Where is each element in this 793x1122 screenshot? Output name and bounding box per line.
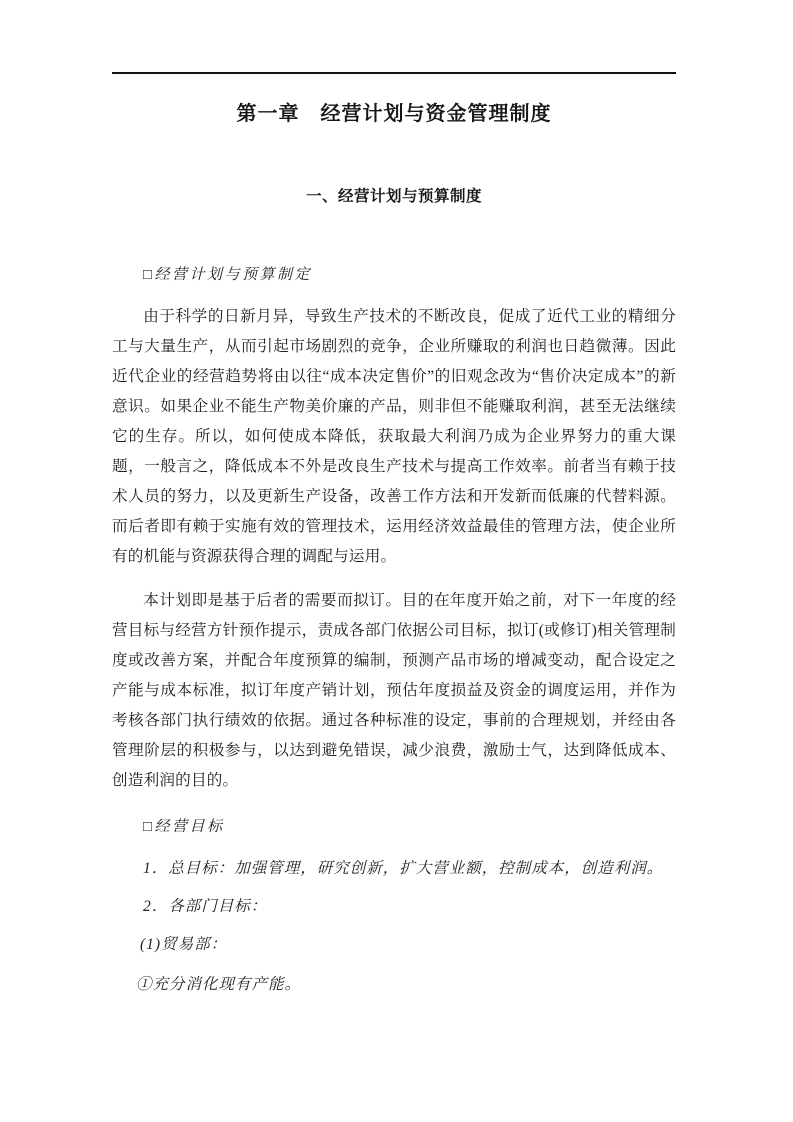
chapter-title: 第一章 经营计划与资金管理制度 <box>112 101 676 127</box>
goals-item-trade-department: (1)贸易部： <box>112 936 676 953</box>
header-rule <box>112 72 676 74</box>
page-content: 第一章 经营计划与资金管理制度 一、经营计划与预算制度 □经营计划与预算制定 由… <box>112 0 676 1009</box>
plan-section-heading: □经营计划与预算制定 <box>112 266 676 284</box>
plan-paragraph-2: 本计划即是基于后者的需要而拟订。目的在年度开始之前，对下一年度的经营目标与经营方… <box>112 586 676 796</box>
goals-item-total-goal: 1．总目标：加强管理，研究创新，扩大营业额，控制成本，创造利润。 <box>112 860 676 877</box>
goals-item-capacity: ①充分消化现有产能。 <box>112 976 676 993</box>
goals-item-department-goals: 2．各部门目标： <box>112 898 676 915</box>
document-page: 第一章 经营计划与资金管理制度 一、经营计划与预算制度 □经营计划与预算制定 由… <box>0 0 793 1122</box>
section-title: 一、经营计划与预算制度 <box>112 188 676 206</box>
goals-section-heading: □经营目标 <box>112 818 676 836</box>
plan-paragraph-1: 由于科学的日新月异，导致生产技术的不断改良，促成了近代工业的精细分工与大量生产，… <box>112 302 676 572</box>
